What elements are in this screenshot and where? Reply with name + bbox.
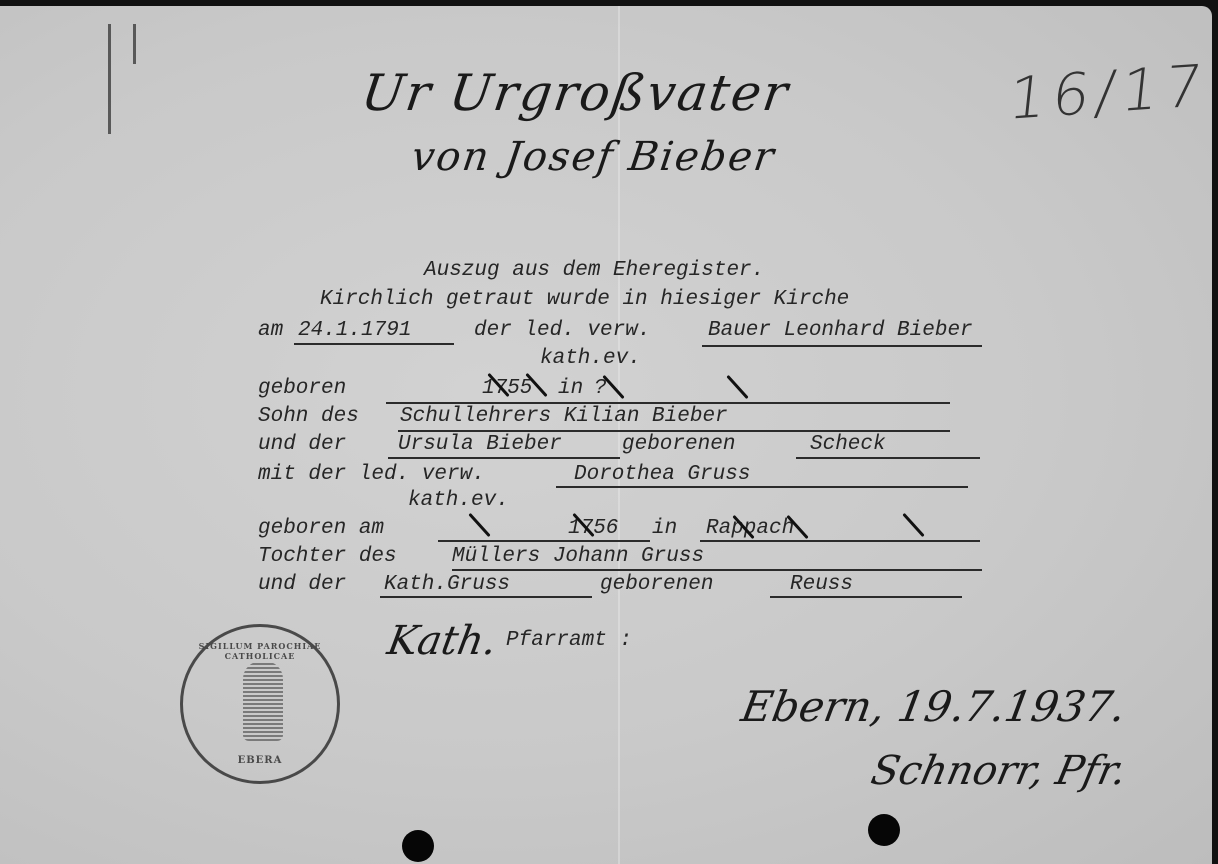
date-underline (294, 343, 454, 345)
groom-mother-underline (388, 457, 620, 459)
groom-father-name: Schullehrers Kilian Bieber (400, 406, 728, 427)
groom-born-place: ? (594, 378, 607, 399)
bride-mother-label: und der (258, 574, 346, 595)
punch-hole-left (402, 830, 434, 862)
bride-mother-underline (380, 596, 592, 598)
groom-prefix: der led. verw. (474, 320, 650, 341)
bride-born-in-label: in (652, 518, 677, 539)
seal-figure-icon (243, 661, 283, 741)
bride-father-name: Müllers Johann Gruss (452, 546, 704, 567)
bride-mother-name: Kath.Gruss (384, 574, 510, 595)
groom-mother-label: und der (258, 434, 346, 455)
bride-mother-maiden-name: Reuss (790, 574, 853, 595)
strike-mark (468, 513, 490, 537)
strike-mark (902, 513, 924, 537)
groom-born-in-label: in (558, 378, 583, 399)
office-label: Pfarramt : (506, 630, 632, 651)
groom-father-underline (398, 430, 950, 432)
staple-mark-right (133, 24, 136, 64)
punch-hole-right (868, 814, 900, 846)
parish-seal: SIGILLUM PAROCHIAE CATHOLICAE EBERA (180, 624, 340, 784)
record-heading: Auszug aus dem Eheregister. (424, 260, 764, 281)
signature: Schnorr, Pfr. (867, 748, 1131, 794)
bride-born-year-underline (438, 540, 650, 542)
groom-mother-name: Ursula Bieber (398, 434, 562, 455)
strike-mark (726, 375, 748, 399)
office-handwritten: Kath. (384, 618, 500, 664)
marriage-line: Kirchlich getraut wurde in hiesiger Kirc… (320, 289, 849, 310)
bride-father-label: Tochter des (258, 546, 397, 567)
bride-born-place-underline (700, 540, 980, 542)
document-page: Ur Urgroßvater von Josef Bieber 16/17 Au… (0, 6, 1212, 864)
groom-mother-maiden-label: geborenen (622, 434, 735, 455)
bride-father-underline (452, 569, 982, 571)
seal-bottom-text: EBERA (183, 755, 337, 766)
bride-religion: kath.ev. (408, 490, 509, 511)
groom-father-label: Sohn des (258, 406, 359, 427)
groom-mother-maiden-underline (796, 457, 980, 459)
groom-born-label: geboren (258, 378, 346, 399)
bride-mother-maiden-label: geborenen (600, 574, 713, 595)
groom-religion: kath.ev. (540, 348, 641, 369)
groom-mother-maiden-name: Scheck (810, 434, 886, 455)
bride-prefix: mit der led. verw. (258, 464, 485, 485)
groom-name: Bauer Leonhard Bieber (708, 320, 973, 341)
date-label: am (258, 320, 283, 341)
staple-mark-left (108, 24, 111, 134)
handwritten-subtitle: von Josef Bieber (409, 134, 779, 180)
bride-mother-maiden-underline (770, 596, 962, 598)
bride-underline (556, 486, 968, 488)
seal-ring-text: SIGILLUM PAROCHIAE CATHOLICAE (183, 641, 337, 661)
groom-born-underline (386, 402, 950, 404)
bride-born-label: geboren am (258, 518, 384, 539)
groom-underline (702, 345, 982, 347)
place-date: Ebern, 19.7.1937. (738, 682, 1130, 731)
handwritten-title: Ur Urgroßvater (358, 64, 793, 122)
marriage-date: 24.1.1791 (298, 320, 411, 341)
bride-name: Dorothea Gruss (574, 464, 750, 485)
reference-number: 16/17 (1005, 51, 1211, 133)
